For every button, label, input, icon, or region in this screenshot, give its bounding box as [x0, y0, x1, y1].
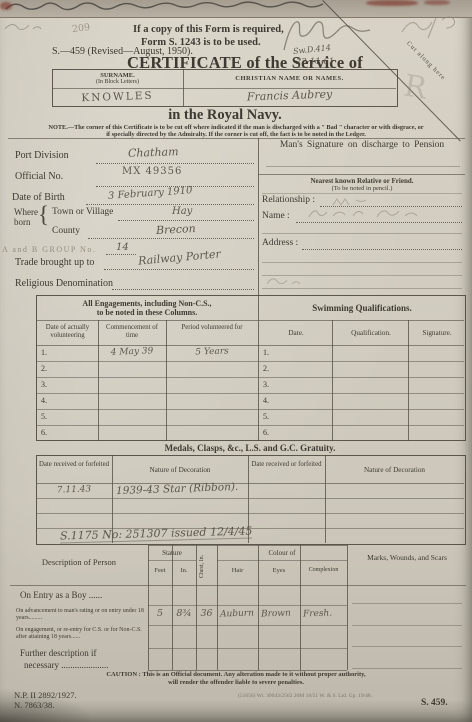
inches-header: In. — [172, 567, 196, 574]
where-born-brace: { — [38, 202, 49, 228]
note-line2: if specially directed by the Admiralty. … — [8, 131, 464, 138]
column-divider — [166, 320, 167, 441]
note-line1: NOTE.—The corner of this Certificate is … — [8, 124, 464, 131]
column-divider — [300, 545, 301, 670]
ruled-line — [148, 545, 347, 546]
ruled-line — [262, 262, 462, 263]
panel-divider — [258, 138, 259, 295]
description-col-header: Description of Person — [10, 557, 148, 567]
marks-line — [352, 603, 462, 604]
ruled-line — [10, 585, 466, 586]
group-stamp: A and B GROUP No. — [2, 245, 96, 254]
engagement-row-num: 2. — [41, 364, 47, 373]
engagement-row-num: 3. — [41, 380, 47, 389]
chest-header: Chest, In. — [199, 548, 215, 584]
swimming-header: Swimming Qualifications. — [260, 303, 464, 313]
subtitle: in the Royal Navy. — [52, 107, 398, 124]
swim-row-num: 1. — [263, 348, 269, 357]
county-label: County — [52, 226, 80, 236]
column-divider — [347, 545, 348, 670]
col-header-swim-date: Date. — [260, 329, 332, 337]
col-header-period: Period volunteered for — [168, 324, 256, 332]
trade-label: Trade brought up to — [15, 257, 94, 268]
caution-line2: will render the offender liable to sever… — [40, 679, 432, 686]
ruled-line — [104, 269, 254, 270]
description-row4-label-line1: Further description if — [20, 648, 96, 658]
ruled-line — [86, 204, 254, 205]
ruled-line — [262, 193, 462, 194]
certificate-scan: 209 If a copy of this Form is required, … — [0, 0, 472, 722]
column-divider — [332, 320, 333, 441]
ruled-line — [8, 138, 465, 139]
ruled-line — [36, 320, 464, 321]
medal-col-nature1: Nature of Decoration — [114, 466, 246, 474]
chest-value: 36 — [196, 608, 217, 619]
relationship-label: Relationship : — [262, 195, 315, 205]
medal-col-date1: Date received or forfeited — [38, 461, 110, 469]
hair-value: Auburn — [220, 608, 254, 619]
table-divider — [258, 295, 259, 441]
town-value: Hay — [172, 206, 192, 217]
where-label: Where — [14, 207, 38, 217]
column-divider — [325, 455, 326, 543]
engagements-header-line2: to be noted in these Columns. — [38, 308, 256, 317]
signature-header: Man's Signature on discharge to Pension — [260, 140, 464, 150]
engagement-row-num: 1. — [41, 348, 47, 357]
ruled-line — [296, 222, 462, 223]
ruled-line — [36, 513, 464, 514]
ruled-line — [302, 249, 462, 250]
red-mark — [424, 0, 450, 5]
feet-header: Feet — [148, 567, 172, 574]
title-annotation-bottom: 22-11-61 — [296, 57, 334, 68]
swim-row-num: 2. — [263, 364, 269, 373]
col-header-volunteering: Date of actually volunteering — [39, 324, 96, 341]
name-label: Name : — [262, 211, 290, 221]
column-divider — [217, 545, 218, 670]
ruled-line — [36, 361, 464, 362]
description-row4-label-line2: necessary ..................... — [24, 660, 108, 670]
complexion-value: Fresh. — [303, 608, 332, 619]
ruled-line — [217, 560, 347, 561]
official-no-value: MX 49356 — [122, 166, 182, 177]
county-value: Brecon — [156, 222, 196, 237]
ruled-line — [112, 289, 254, 290]
red-mark — [366, 0, 418, 6]
ruled-line — [36, 425, 464, 426]
ruled-line — [148, 605, 347, 606]
religion-label: Religious Denomination — [15, 278, 113, 289]
ruled-line — [262, 233, 462, 234]
surname-subheader: (In Block Letters) — [53, 79, 182, 85]
marks-line — [352, 625, 462, 626]
pencil-reference: 209 — [71, 22, 90, 35]
official-no-label: Official No. — [15, 171, 63, 182]
pencil-name — [305, 206, 435, 222]
where-born-label: Where born — [14, 207, 38, 228]
date-of-birth-value: 3 February 1910 — [108, 185, 193, 202]
column-divider — [258, 545, 259, 670]
footer-ref-line1: N.P. II 2892/1927. — [14, 690, 77, 700]
trade-value: Railway Porter — [138, 247, 222, 267]
ruled-line — [106, 254, 136, 255]
red-mark — [0, 2, 12, 10]
surname-header: SURNAME. — [53, 72, 182, 79]
relative-header-line1: Nearest known Relative or Friend. — [260, 177, 464, 185]
address-label: Address : — [262, 238, 298, 248]
ruled-line — [96, 163, 254, 164]
bottom-shadow — [0, 700, 472, 722]
form-code: S. 459. — [421, 698, 448, 708]
medal-col-date2: Date received or forfeited — [250, 461, 323, 469]
col-header-qualification: Qualification. — [334, 329, 408, 337]
engagement-row-num: 6. — [41, 428, 47, 437]
christian-name-header: CHRISTIAN NAME OR NAMES. — [184, 75, 395, 82]
description-row1-label: On Entry as a Boy ...... — [20, 590, 102, 600]
ruled-line — [36, 409, 464, 410]
ruled-line — [148, 560, 196, 561]
copy-note-line1: If a copy of this Form is required, — [133, 24, 284, 35]
swim-row-num: 5. — [263, 412, 269, 421]
eyes-header: Eyes — [258, 567, 300, 574]
column-divider — [98, 320, 99, 441]
group-value: 14 — [116, 242, 129, 253]
port-division-value: Chatham — [128, 145, 179, 160]
printer-code: (51656) Wt. 30043/2562 20M 10/51 W. & S.… — [238, 693, 418, 699]
town-label: Town or Village — [52, 207, 113, 217]
marks-line — [352, 668, 462, 669]
engagement-row-num: 5. — [41, 412, 47, 421]
swim-row-num: 4. — [263, 396, 269, 405]
description-row3-label: On engagement, or re-entry for C.S. or f… — [16, 627, 144, 641]
port-division-label: Port Division — [15, 150, 69, 161]
medal-col-nature2: Nature of Decoration — [327, 466, 462, 474]
description-row2-label: On advancement to man's rating or on ent… — [16, 608, 144, 622]
ruled-line — [88, 238, 254, 239]
pencil-address — [264, 275, 300, 287]
col-header-commencement: Commencement of time — [100, 324, 164, 341]
marks-header: Marks, Wounds, and Scars — [352, 553, 462, 562]
ruled-line — [36, 498, 464, 499]
stature-header: Stature — [148, 549, 196, 557]
ruled-line — [266, 166, 460, 167]
complexion-header: Complexion — [300, 567, 347, 573]
ruled-line — [148, 625, 347, 626]
pencil-date-squiggle — [398, 8, 470, 42]
pencil-squiggle — [2, 20, 42, 34]
col-header-signature: Signature. — [410, 329, 464, 337]
engagement-row-num: 4. — [41, 396, 47, 405]
swim-row-num: 3. — [263, 380, 269, 389]
pencil-mark-r: R — [401, 68, 429, 106]
born-label: born — [14, 217, 31, 227]
column-divider — [408, 320, 409, 441]
ruled-line — [258, 174, 465, 175]
marks-line — [352, 646, 462, 647]
ruled-line — [262, 288, 462, 289]
engagements-header-line1: All Engagements, including Non-C.S., — [38, 299, 256, 308]
colour-of-header: Colour of — [217, 549, 347, 557]
ruled-line — [148, 648, 347, 649]
inches-value: 8¾ — [172, 608, 196, 619]
ruled-line — [36, 377, 464, 378]
hair-header: Hair — [217, 567, 258, 574]
feet-value: 5 — [148, 608, 172, 619]
footer-ref-line2: N. 7863/38. — [14, 700, 54, 710]
medals-title: Medals, Clasps, &c., L.S. and G.C. Gratu… — [36, 443, 464, 453]
caution-line1: CAUTION : This is an Official document. … — [40, 671, 432, 678]
swim-row-num: 6. — [263, 428, 269, 437]
eyes-value: Brown — [261, 608, 291, 619]
ruled-line — [118, 220, 254, 221]
relative-header-line2: (To be noted in pencil.) — [260, 185, 464, 192]
ruled-line — [36, 393, 464, 394]
